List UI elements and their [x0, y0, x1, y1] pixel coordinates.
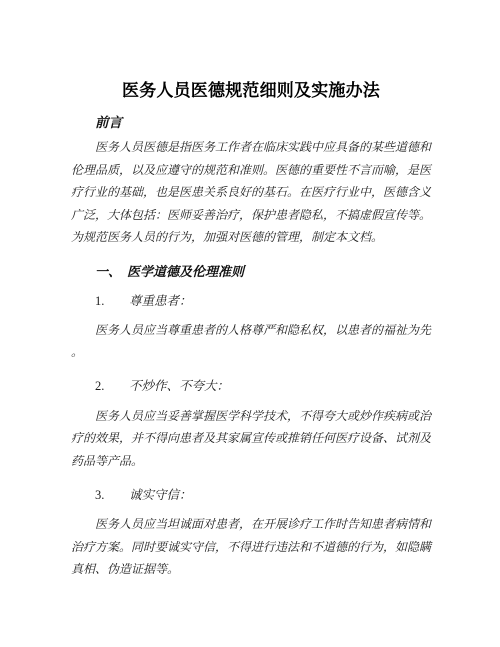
- section-heading: 一、医学道德及伦理准则: [71, 263, 431, 280]
- document-page: 医务人员医德规范细则及实施办法 前言 医务人员医德是指医务工作者在临床实践中应具…: [0, 0, 500, 647]
- item-paragraph-2: 医务人员应当妥善掌握医学科学技术，不得夸大或炒作疾病或治疗的效果，并不得向患者及…: [71, 405, 431, 473]
- item-title: 尊重患者：: [129, 294, 192, 308]
- item-title: 诚实守信：: [129, 488, 192, 502]
- item-heading-1: 1.尊重患者：: [71, 293, 431, 309]
- item-paragraph-3: 医务人员应当坦诚面对患者，在开展诊疗工作时告知患者病情和治疗方案。同时要诚实守信…: [71, 513, 431, 581]
- document-title: 医务人员医德规范细则及实施办法: [71, 80, 431, 101]
- item-heading-3: 3.诚实守信：: [71, 487, 431, 503]
- section-number: 一、: [95, 263, 127, 280]
- section-title: 医学道德及伦理准则: [127, 264, 244, 279]
- preface-heading: 前言: [71, 114, 431, 131]
- item-paragraph-1: 医务人员应当尊重患者的人格尊严和隐私权，以患者的福祉为先。: [71, 319, 431, 364]
- item-number: 3.: [95, 487, 129, 503]
- preface-paragraph: 医务人员医德是指医务工作者在临床实践中应具备的某些道德和伦理品质，以及应遵守的规…: [71, 136, 431, 249]
- item-title: 不炒作、不夸大：: [129, 379, 229, 393]
- item-heading-2: 2.不炒作、不夸大：: [71, 378, 431, 394]
- item-number: 2.: [95, 378, 129, 394]
- item-number: 1.: [95, 293, 129, 309]
